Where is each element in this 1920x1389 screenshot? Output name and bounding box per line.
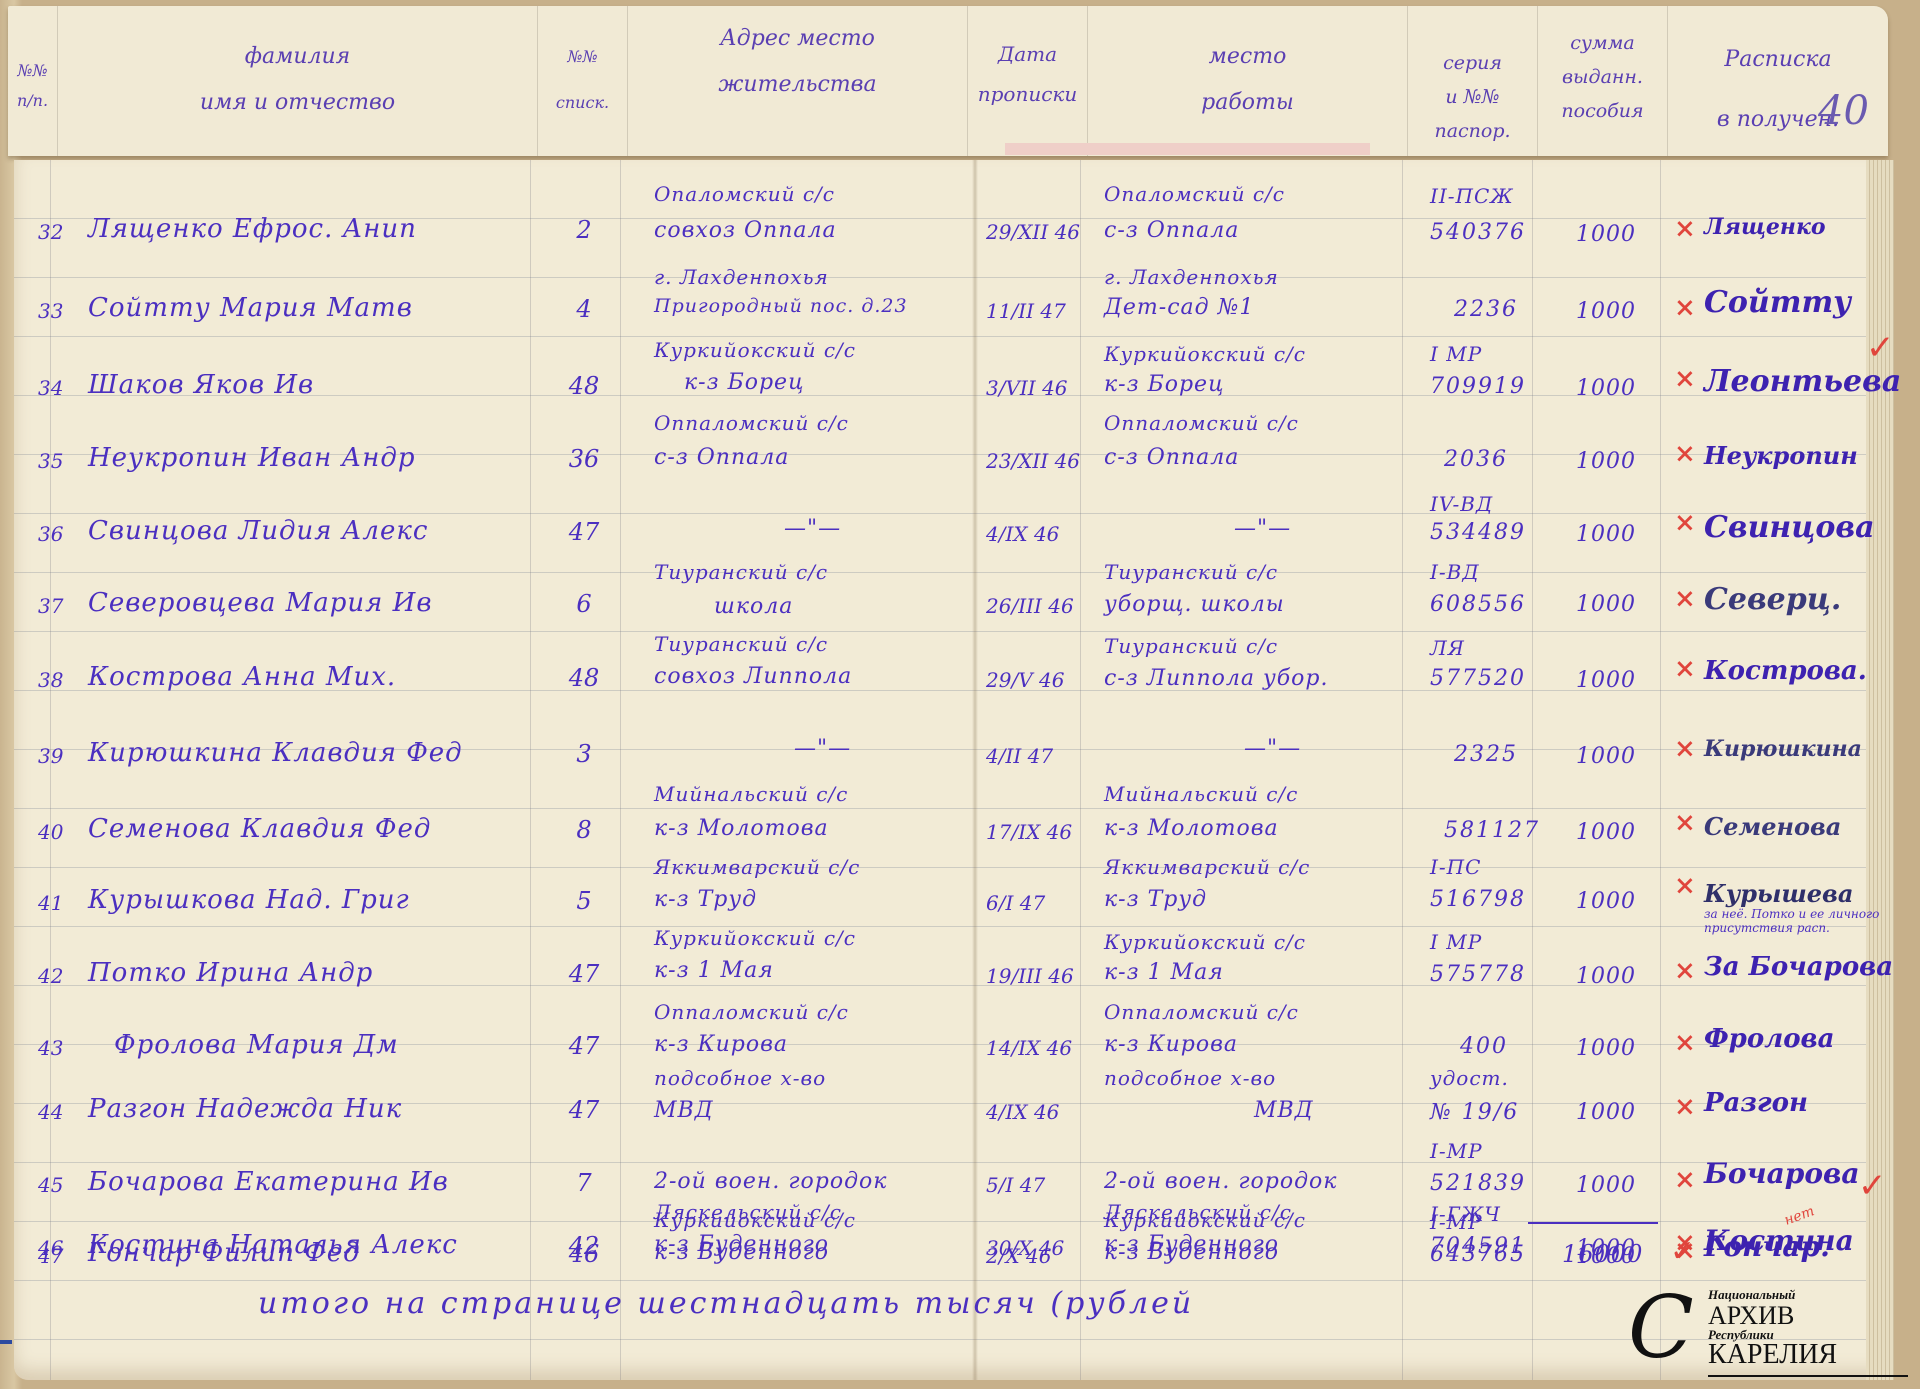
header-text: сумма [1538,26,1667,60]
address-line1: Куркийокский с/с [654,926,856,950]
work-line2: к-з Молотова [1104,816,1279,841]
ledger-row: 40 Семенова Клавдия Фед 8 Мийнальский с/… [14,772,1894,852]
red-x-mark: × [1674,734,1696,764]
work-line2: к-з Буденного [1104,1240,1279,1265]
archive-logo: С Национальный АРХИВ Республики КАРЕЛИЯ [1628,1285,1908,1385]
signature: За Бочарова [1704,952,1893,982]
passport-number: 608556 [1430,592,1526,617]
registration-date: 4/II 47 [986,744,1053,768]
red-x-mark: × [1674,1165,1696,1195]
ledger-book: №№ п/п. фамилия имя и отчество №№ списк.… [0,0,1920,1389]
passport-series: I-ВД [1430,560,1480,584]
red-x-mark: × [1674,956,1696,986]
signature: Северц. [1704,582,1841,617]
work-line2: МВД [1254,1098,1314,1123]
address-line2: к-з 1 Мая [654,958,774,983]
header-text: и №№ [1408,80,1537,114]
passport-number: 643765 [1430,1242,1526,1267]
address-line2: 2-ой воен. городок [654,1169,887,1194]
header-text: Расписка [1668,30,1888,90]
work-line1: Куркийокский с/с [1104,342,1306,366]
address-line2: к-з Молотова [654,816,829,841]
signature: Фролова [1704,1024,1834,1054]
list-number: 6 [554,590,614,618]
passport-number: 577520 [1430,666,1526,691]
work-line2: Дет-сад №1 [1104,295,1254,320]
work-line1: Тиуранский с/с [1104,634,1278,658]
address-line1: подсобное х-во [654,1066,826,1090]
row-number: 44 [38,1100,63,1124]
ledger-row: 39 Кирюшкина Клавдия Фед 3 —"— 4/II 47 —… [14,700,1894,780]
registration-date: 29/V 46 [986,668,1064,692]
address-line2: совхоз Липпола [654,664,852,689]
work-line2: с-з Оппала [1104,218,1239,243]
header-text: №№ [538,34,627,80]
benefit-sum: 1000 [1576,299,1636,324]
passport-series: удост. [1430,1066,1509,1090]
work-line2: с-з Оппала [1104,445,1239,470]
registration-date: 29/XII 46 [986,220,1080,244]
person-name: Кострова Анна Мих. [88,662,396,692]
ledger-row: 32 Лященко Ефрос. Анип 2 Опаломский с/с … [14,170,1894,250]
header-sum: сумма выданн. пособия [1538,6,1668,156]
ledger-row: 34 Шаков Яков Ив 48 Куркийокский с/с к-з… [14,328,1894,408]
list-number: 47 [554,518,614,546]
address-line1: Яккимварский с/с [654,855,860,879]
header-text: имя и отчество [58,80,537,126]
benefit-sum: 1000 [1576,820,1636,845]
work-line2: 2-ой воен. городок [1104,1169,1337,1194]
work-line2: к-з Борец [1104,372,1224,397]
header-name: фамилия имя и отчество [58,6,538,156]
passport-number: 2325 [1454,742,1518,767]
row-number: 33 [38,299,63,323]
work-line1: Оппаломский с/с [1104,1000,1299,1024]
person-name: Неукропин Иван Андр [88,443,415,473]
list-number: 48 [554,664,614,692]
blue-ink-mark [0,1340,12,1344]
address-line1: Опаломский с/с [654,182,835,206]
person-name: Семенова Клавдия Фед [88,814,431,844]
header-reg-date: Дата прописки [968,6,1088,156]
signature: Курышева [1704,879,1853,908]
passport-series: IV-ВД [1430,492,1493,516]
signature: Лященко [1704,214,1826,240]
registration-date: 26/III 46 [986,594,1074,618]
ledger-row: 41 Курышкова Над. Григ 5 Яккимварский с/… [14,845,1894,925]
person-name: Потко Ирина Андр [88,958,373,988]
work-line1: Куркийокский с/с [1104,1208,1306,1232]
work-line2: уборщ. школы [1104,592,1285,617]
header-text: жительства [628,62,967,108]
red-x-mark: × [1674,214,1696,244]
header-text: серия [1408,46,1537,80]
ledger-row: 33 Сойтту Мария Матв 4 г. Лахденпохья Пр… [14,255,1894,335]
passport-number: 2236 [1454,297,1518,322]
work-line1: Опаломский с/с [1104,182,1285,206]
address-line2: —"— [794,736,851,761]
address-line2: школа [714,594,793,619]
address-line1: Тиуранский с/с [654,560,828,584]
person-name: Гончар Филип Фед [88,1238,361,1268]
header-num: №№ п/п. [8,6,58,156]
address-line1: Оппаломский с/с [654,411,849,435]
list-number: 4 [554,295,614,323]
passport-number: 581127 [1444,818,1540,843]
list-number: 8 [554,816,614,844]
address-line2: с-з Оппала [654,445,789,470]
red-check-mark: ✓ [1858,1166,1887,1206]
red-x-mark: × [1674,293,1696,323]
list-number: 2 [554,216,614,244]
address-line1: Тиуранский с/с [654,632,828,656]
row-number: 47 [38,1244,63,1268]
list-number: 47 [554,960,614,988]
work-line2: —"— [1244,736,1301,761]
work-line1: Оппаломский с/с [1104,411,1299,435]
red-x-mark: × [1674,364,1696,394]
header-text: паспор. [1408,114,1537,148]
person-name: Сойтту Мария Матв [88,293,413,323]
registration-date: 3/VII 46 [986,376,1068,400]
signature: Сойтту [1704,285,1851,320]
person-name: Курышкова Над. Григ [88,885,410,915]
benefit-sum: 1000 [1576,449,1636,474]
passport-number: 516798 [1430,887,1526,912]
benefit-sum: 1000 [1576,1100,1636,1125]
red-x-mark: × [1674,508,1696,538]
row-number: 39 [38,744,63,768]
ledger-row: 37 Северовцева Мария Ив 6 Тиуранский с/с… [14,550,1894,630]
passport-number: № 19/6 [1430,1100,1519,1125]
address-line2: МВД [654,1098,714,1123]
address-line1: г. Лахденпохья [654,265,829,289]
passport-number: 709919 [1430,374,1526,399]
signature: Гончар. [1704,1230,1830,1263]
list-number: 3 [554,740,614,768]
header-text: списк. [538,80,627,126]
work-line1: Мийнальский с/с [1104,782,1298,806]
signature: Неукропин [1704,441,1858,470]
signature: Кирюшкина [1704,736,1862,762]
benefit-sum: 1000 [1576,376,1636,401]
work-line1: подсобное х-во [1104,1066,1276,1090]
header-address: Адрес место жительства [628,6,968,156]
passport-number: 540376 [1430,220,1526,245]
benefit-sum: 1000 [1576,222,1636,247]
work-line1: Тиуранский с/с [1104,560,1278,584]
header-text: №№ [8,56,57,86]
address-line2: —"— [784,516,841,541]
address-line1: Мийнальский с/с [654,782,848,806]
passport-number: 534489 [1430,520,1526,545]
header-text: место [1088,34,1407,80]
ledger-row: 36 Свинцова Лидия Алекс 47 —"— 4/IX 46 —… [14,478,1894,558]
passport-series: I-МР [1430,1139,1483,1163]
ledger-row: 42 Потко Ирина Андр 47 Куркийокский с/с … [14,916,1894,996]
address-line2: к-з Борец [684,370,804,395]
header-text: п/п. [8,86,57,116]
header-text: работы [1088,80,1407,126]
passport-series: I-МР [1430,1210,1483,1234]
registration-date: 4/IX 46 [986,522,1059,546]
logo-monogram: С [1628,1285,1694,1371]
registration-date: 4/IX 46 [986,1100,1059,1124]
registration-date: 6/I 47 [986,891,1045,915]
row-number: 38 [38,668,63,692]
pink-tab [1005,143,1370,155]
header-text: Адрес место [628,16,967,62]
red-x-mark: × [1674,1092,1696,1122]
benefit-sum: 1000 [1576,522,1636,547]
list-number: 48 [554,372,614,400]
work-line2: к-з Труд [1104,887,1207,912]
benefit-sum: 1000 [1576,668,1636,693]
quill-icon [1708,1375,1908,1377]
header-work: место работы [1088,6,1408,156]
work-line2: с-з Липпола убор. [1104,666,1329,691]
page-number-mark: 40 [1818,88,1869,134]
benefit-sum: 1000 [1576,964,1636,989]
list-number: 5 [554,887,614,915]
logo-line-4: КАРЕЛИЯ [1708,1339,1837,1371]
work-line1: Куркийокский с/с [1104,930,1306,954]
person-name: Кирюшкина Клавдия Фед [88,738,463,768]
benefit-sum: 1000 [1576,744,1636,769]
person-name: Разгон Надежда Ник [88,1094,402,1124]
address-line2: к-з Буденного [654,1240,829,1265]
column-header-strip: №№ п/п. фамилия имя и отчество №№ списк.… [8,6,1888,156]
red-x-mark: × [1674,871,1696,901]
list-number: 46 [554,1240,614,1268]
row-number: 37 [38,594,63,618]
passport-series: I МР [1430,930,1482,954]
ledger-row: 44 Разгон Надежда Ник 47 подсобное х-во … [14,1052,1894,1132]
signature: Свинцова [1704,510,1875,545]
signature: Кострова. [1704,656,1867,686]
list-number: 47 [554,1096,614,1124]
benefit-sum: 1000 [1576,889,1636,914]
address-line2: к-з Труд [654,887,757,912]
red-check-mark: ✓ [1866,328,1895,368]
total-sum: 16000 [1562,1240,1643,1268]
list-number: 36 [554,445,614,473]
total-underline [1528,1222,1658,1224]
red-x-mark: × [1674,439,1696,469]
address-line2: совхоз Оппала [654,218,837,243]
row-number: 34 [38,376,63,400]
passport-number: 2036 [1444,447,1508,472]
passport-series: I-ПС [1430,855,1481,879]
row-number: 40 [38,820,63,844]
passport-series: II-ПСЖ [1430,184,1514,208]
passport-series: ЛЯ [1430,636,1465,660]
registration-date: 2/X 46 [986,1244,1052,1268]
registration-date: 23/XII 46 [986,449,1080,473]
row-number: 35 [38,449,63,473]
signature: Семенова [1704,812,1841,841]
red-x-mark: × [1674,808,1696,838]
person-name: Лященко Ефрос. Анип [88,214,417,244]
person-name: Шаков Яков Ив [88,370,314,400]
header-text: выданн. [1538,60,1667,94]
ledger-page: 32 Лященко Ефрос. Анип 2 Опаломский с/с … [14,160,1894,1380]
signature: Разгон [1704,1088,1808,1118]
header-text: прописки [968,74,1087,114]
registration-date: 11/II 47 [986,299,1066,323]
header-text: фамилия [58,34,537,80]
passport-series: I МР [1430,342,1482,366]
work-line2: —"— [1234,516,1291,541]
ledger-row: 35 Неукропин Иван Андр 36 Оппаломский с/… [14,403,1894,483]
registration-date: 17/IX 46 [986,820,1072,844]
address-line2: Пригородный пос. д.23 [654,295,908,317]
passport-number: 575778 [1430,962,1526,987]
row-number: 41 [38,891,63,915]
red-x-mark: × [1674,584,1696,614]
registration-date: 19/III 46 [986,964,1074,988]
person-name: Северовцева Мария Ив [88,588,432,618]
work-line2: к-з 1 Мая [1104,960,1224,985]
row-number: 42 [38,964,63,988]
signature: Леонтьева [1704,364,1901,399]
ledger-row: 38 Кострова Анна Мих. 48 Тиуранский с/с … [14,622,1894,702]
header-text: пособия [1538,94,1667,128]
red-x-mark: × [1674,654,1696,684]
page-total-in-words: итого на странице шестнадцать тысяч (руб… [258,1286,1194,1321]
row-number: 36 [38,522,63,546]
header-passport: серия и №№ паспор. [1408,6,1538,156]
work-line1: Яккимварский с/с [1104,855,1310,879]
row-number: 32 [38,220,63,244]
address-line1: Оппаломский с/с [654,1000,849,1024]
signature: Бочарова [1704,1157,1860,1190]
header-text: Дата [968,34,1087,74]
address-line1: Куркийокский с/с [654,338,856,362]
work-line1: г. Лахденпохья [1104,265,1279,289]
header-list-no: №№ списк. [538,6,628,156]
red-check-mark: ✓ [1670,1234,1695,1269]
benefit-sum: 1000 [1576,592,1636,617]
address-line1: Куркийокский с/с [654,1208,856,1232]
person-name: Свинцова Лидия Алекс [88,516,428,546]
